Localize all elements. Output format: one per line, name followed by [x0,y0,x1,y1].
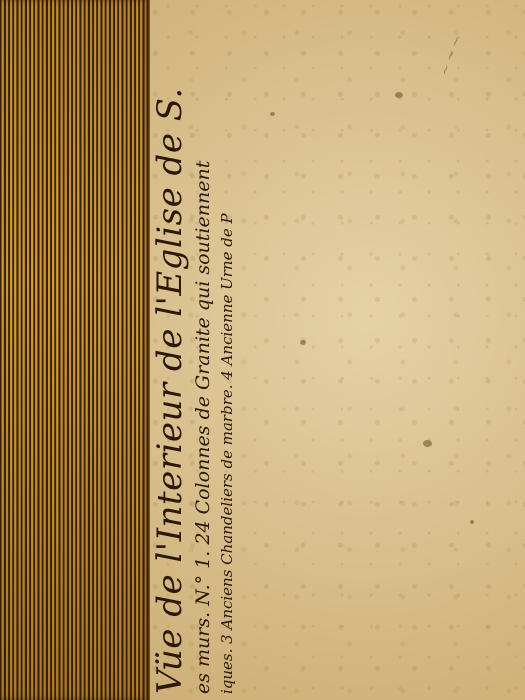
engraving-caption: Vüe de l'Interieur de l'Eglise de S. es … [148,0,258,700]
caption-line-3: iques. 3 Anciens Chandeliers de marbre. … [218,213,236,694]
caption-line-2: es murs. N.° 1. 24 Colonnes de Granite q… [192,161,214,694]
foxing-spot [395,92,403,98]
foxing-spot [270,112,275,116]
engraved-hatching-band [0,0,150,700]
foxing-spot [423,440,432,447]
photograph: Vüe de l'Interieur de l'Eglise de S. es … [0,0,525,700]
caption-title: Vüe de l'Interieur de l'Eglise de S. [150,87,190,694]
foxing-spot [300,340,306,345]
foxing-spot [470,520,474,524]
